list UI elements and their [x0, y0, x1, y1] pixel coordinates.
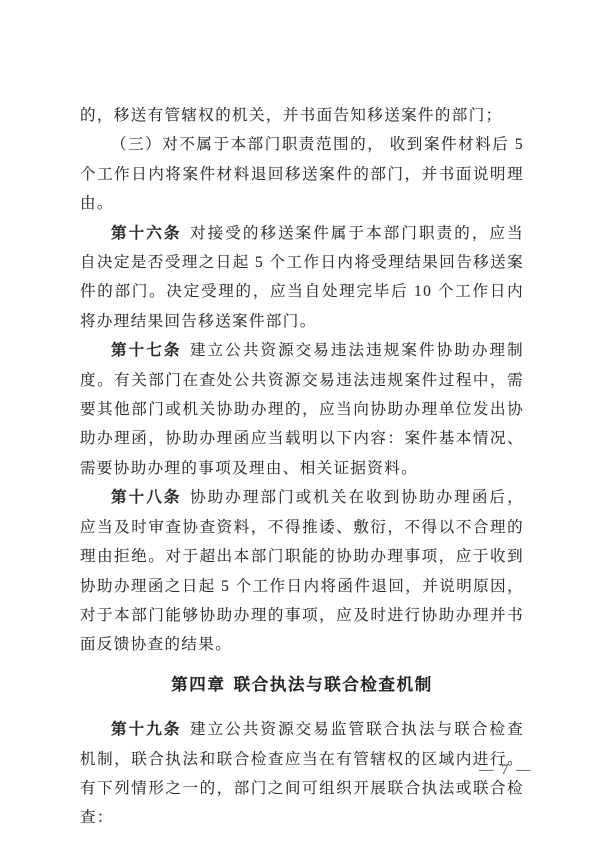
- article-17-paragraph: 第十七条建立公共资源交易违法违规案件协助办理制度。有关部门在查处公共资源交易违法…: [80, 336, 524, 483]
- article-18-text: 协助办理部门或机关在收到协助办理函后，应当及时审查协查资料，不得推诿、敷衍，不得…: [80, 489, 524, 653]
- article-19-number: 第十九条: [111, 721, 181, 738]
- scanned-document-page: 的，移送有管辖权的机关，并书面告知移送案件的部门； （三）对不属于本部门职责范围…: [0, 0, 600, 848]
- article-16-number: 第十六条: [111, 225, 181, 242]
- document-body: 的，移送有管辖权的机关，并书面告知移送案件的部门； （三）对不属于本部门职责范围…: [80, 101, 524, 833]
- page-number: — 7 —: [479, 762, 533, 779]
- article-17-text: 建立公共资源交易违法违规案件协助办理制度。有关部门在查处公共资源交易违法违规案件…: [80, 342, 524, 477]
- article-18-number: 第十八条: [111, 489, 181, 506]
- chapter-4-title: 联合执法与联合检查机制: [234, 675, 433, 694]
- chapter-4-number: 第四章: [171, 675, 225, 694]
- continuation-paragraph: 的，移送有管辖权的机关，并书面告知移送案件的部门；: [80, 101, 524, 130]
- article-16-paragraph: 第十六条对接受的移送案件属于本部门职责的，应当自决定是否受理之日起 5 个工作日…: [80, 219, 524, 337]
- list-item-three-paragraph: （三）对不属于本部门职责范围的， 收到案件材料后 5 个工作日内将案件材料退回移…: [80, 130, 524, 218]
- article-17-number: 第十七条: [111, 342, 181, 359]
- chapter-4-heading: 第四章联合执法与联合检查机制: [80, 670, 524, 699]
- article-18-paragraph: 第十八条协助办理部门或机关在收到协助办理函后，应当及时审查协查资料，不得推诿、敷…: [80, 483, 524, 659]
- article-19-paragraph: 第十九条建立公共资源交易监管联合执法与联合检查机制，联合执法和联合检查应当在有管…: [80, 715, 524, 833]
